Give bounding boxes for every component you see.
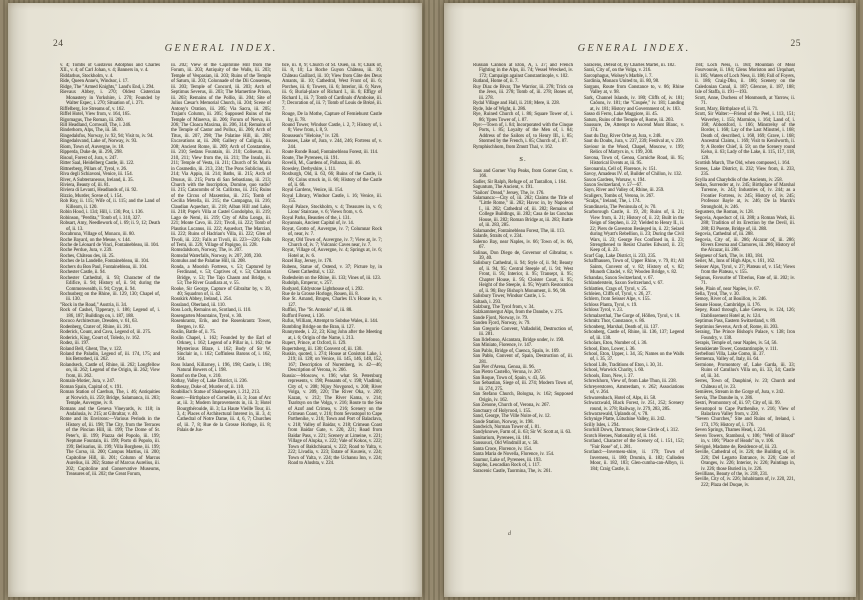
index-entry: Rome and its Environs:—Various Periods i… xyxy=(60,417,160,477)
index-entry: San Sebastian, Siege of, iii. 274; Moder… xyxy=(473,381,573,392)
index-entry: "Seven Churches," Site and Ruins of, Ire… xyxy=(695,417,795,428)
index-entry: Segovia, Aqueduct of, iii. 288; a Roman … xyxy=(695,216,795,232)
index-entry: Scottish March, The Old, when composed, … xyxy=(695,161,795,166)
index-entry: Roman Station of Caerhun, The, i. 46; An… xyxy=(60,390,160,406)
page-number: 25 xyxy=(791,39,802,49)
index-entry: Rooke, Sir George, Capture of Gibraltar … xyxy=(171,287,271,298)
index-entry: Seville, Cathedral of, iv. 226; the Buil… xyxy=(695,450,795,472)
index-entry: Royal Library, Windsor Castle, i. 16; Ve… xyxy=(282,194,382,205)
index-entry: Seville, City of, iv. 226; Inhabitants o… xyxy=(695,477,795,488)
right-page-header: GENERAL INDEX. 25 xyxy=(473,38,795,56)
right-page: GENERAL INDEX. 25 Russian Cannon at Eton… xyxy=(444,3,856,597)
index-entry: Royat, Village of, Auvergne, iv. 4; Spri… xyxy=(282,248,382,259)
page-number: 24 xyxy=(53,39,64,49)
index-entry: iii. 202; View of the Capitoline Hill fr… xyxy=(171,63,271,248)
index-column-5: Saracens, Defeat of, by Charles Martel, … xyxy=(584,63,684,584)
index-entry: tice, iii. 8, 9; Church of St. Ouen, iii… xyxy=(282,63,382,112)
book-scan: 24 GENERAL INDEX. v. 4; Tombs of Gustavu… xyxy=(0,0,863,600)
index-entry: Rievaux Abbey, i. 270; Oldest Cistercian… xyxy=(60,90,160,106)
index-entry: v. 4; Tombs of Gustavus Adolphus and Cha… xyxy=(60,63,160,74)
index-entry: Sedan, Surrender at, iv. 245; Birthplace… xyxy=(695,183,795,210)
index-entry: Saracenic Castle, Taormina, The, iv. 261… xyxy=(473,469,573,474)
index-entry: Robsart, Amy, Needlework of, i. 69; ii. … xyxy=(60,221,160,232)
index-column-2: iii. 202; View of the Capitoline Hill fr… xyxy=(171,63,271,584)
index-entry: Serres, Town of, Dauphiné, iv. 23; Churc… xyxy=(695,379,795,390)
index-entry: Saviour in the Wood, Chapel, Moscow, v. … xyxy=(584,145,684,156)
index-entry: Roxburgh, Old, ii. 63, 66; Ruins of the … xyxy=(282,172,382,188)
index-entry: Royal Palace, Stockholm, v. 4; Treasures… xyxy=(282,205,382,216)
index-entry: Segovia, City of, iii. 286; Alcazar of, … xyxy=(695,238,795,254)
index-entry: Russian Cannon at Eton, A, i. 37; and Fr… xyxy=(473,63,573,79)
index-entry: Ruy Diaz de Bivar, The Warrior, iii. 278… xyxy=(473,85,573,101)
index-entry: Roslin Chapel, i. 162; Founded by the Ea… xyxy=(171,336,271,363)
left-page-header: 24 GENERAL INDEX. xyxy=(60,38,382,56)
index-entry: Sevastopol to Cape Parthenike, v. 216; V… xyxy=(695,407,795,418)
index-entry: San Gregorio Convent, Valladolid, Destru… xyxy=(473,327,573,338)
left-page: 24 GENERAL INDEX. v. 4; Tombs of Gustavu… xyxy=(8,3,422,597)
index-entry: Rubens, Statue of, Ostend, v. 37; Pictur… xyxy=(282,265,382,276)
index-entry: San Stefano Church, Bologna, iv. 162; Su… xyxy=(473,392,573,403)
index-column-6: 184; Loch Ness, ii. 184; Mountain of Mea… xyxy=(695,63,795,584)
index-entry: Rydal Village and Hall, ii. 218; Mere, i… xyxy=(473,101,573,106)
index-entry: Rolandseck, Castle of, Rhine, iii. 262; … xyxy=(60,363,160,379)
index-entry: Rock of Cashel, Tipperary, i. 186; Legen… xyxy=(60,308,160,319)
index-entry: Rochusberg on the Rhine, iii. 129, 130; … xyxy=(60,292,160,303)
index-entry: Scott, Sir Walter:—Friend of the Peel, i… xyxy=(695,112,795,161)
index-entry: Scotland:—Inverness-shire, ii. 179; Town… xyxy=(584,450,684,472)
index-entry: Salisbury Cathedral, ii. 94; Style of, i… xyxy=(473,261,573,294)
index-entry: Rouge, De la Mothe, Capture of Ferniehur… xyxy=(282,112,382,123)
index-entry: Savona, Town of, Genoa, Corniche Road, i… xyxy=(584,156,684,167)
index-entry: Seraing, The Prince Bishop's Palace, v. … xyxy=(695,330,795,341)
index-entry: Schreckhorn, View of, from Lake Thun, ii… xyxy=(584,379,684,384)
section-heading: S. xyxy=(473,157,573,162)
index-entry: Roches de la Landelle, Fontainebleau, ii… xyxy=(60,259,160,264)
index-entry: Scott, Anne, Duchess of Monmouth, at Yar… xyxy=(695,96,795,107)
index-entry: Roubiliac's Statue of Shakespeare, i. 21… xyxy=(171,390,271,395)
index-entry: Rouen:—Birthplace of Corneille, iii. 3; … xyxy=(171,396,271,434)
index-entry: Saussure, De, Attempt to Ascend Mont Bla… xyxy=(584,123,684,134)
index-column-3: tice, iii. 8, 9; Church of St. Ouen, iii… xyxy=(282,63,382,584)
index-entry: Royat, Grotto of, Auvergne, iv. 7; Colum… xyxy=(282,227,382,238)
index-entry: Royat, Old Town of, Auvergne, iv. 7; Vie… xyxy=(282,238,382,249)
index-entry: Salerno Bay, near Naples, iv. 66; Town o… xyxy=(473,240,573,251)
index-entry: Sargans, Route from Constance to, v. 86;… xyxy=(584,85,684,96)
running-title: GENERAL INDEX. xyxy=(165,43,278,54)
index-entry: Sejanus, Favourite of Tiberius, Fate of,… xyxy=(695,276,795,287)
index-entry: Rymphischhorn, from Zmutt Thal, v. 162. xyxy=(473,145,573,150)
index-entry: Seven Towers, Stamboul, v. 106; "Well of… xyxy=(695,434,795,445)
right-page-columns: Russian Cannon at Eton, A, i. 37; and Fr… xyxy=(473,63,856,584)
index-entry: Sark, Channel Islands, iv. 180; Cliffs o… xyxy=(584,96,684,112)
index-entry: Screes, Lake District, ii. 232; View fro… xyxy=(695,167,795,178)
index-entry: Schonberg, Castle of, Rhine, iii. 136, 1… xyxy=(584,330,684,341)
index-entry: Rye, Ruined Church of, i. 86; Square Tow… xyxy=(473,112,573,123)
index-entry: Sermione, Promontory of, Lake Garda, iii… xyxy=(695,363,795,379)
index-entry: Sestri, Promontory of, iii. 97; City of,… xyxy=(695,401,795,406)
index-entry: Semières, Stream in the Gorge of, Jura, … xyxy=(695,390,795,395)
running-title: GENERAL INDEX. xyxy=(578,43,691,54)
index-entry: School, Eton, Upper, i. 34, 35; Names on… xyxy=(584,352,684,363)
index-entry: Rochester Cathedral, ii. 93; Character o… xyxy=(60,276,160,292)
index-entry: Schreyerstoren, Amsterdam, v. 262; Assoc… xyxy=(584,385,684,396)
index-entry: Salinas, Don Diego de, Governor of Gibra… xyxy=(473,251,573,262)
index-entry: Romans and the Geneva Vineyards, iv. 118… xyxy=(60,407,160,418)
index-entry: Russia:—Moscow, v. 196; what St. Petersb… xyxy=(282,374,382,467)
index-entry: Round Tower, Windsor Castle, i. 2, 7; Hi… xyxy=(282,123,382,134)
index-entry: San Pablo, Convent of, Spain, Destructio… xyxy=(473,354,573,365)
index-entry: Ruskin, quoted, i. 274; House at Conisto… xyxy=(282,352,382,374)
index-entry: Rosenkrantz, Erik, and the Rosenkrantz T… xyxy=(171,319,271,330)
index-entry: Schwarzwald, Black Forest, iv. 251, 252;… xyxy=(584,401,684,412)
index-entry: Rue St. Amand, Bruges, Charles II.'s Hou… xyxy=(282,297,382,308)
index-entry: Roland the Paladin, Legend of, iii. 174,… xyxy=(60,352,160,363)
index-entry: Route Ronde Road, Fontainebleau Forest, … xyxy=(282,150,382,155)
index-entry: Rufus, William, Attempt to Subdue Wales,… xyxy=(282,319,382,324)
index-entry: Rye:—Town of, i. 84; Incorporated with t… xyxy=(473,123,573,145)
index-entry: Scarborough Castle, ii. 19, 20; Ruins of… xyxy=(584,210,684,254)
index-entry: Sepey, Road through, Lake Geneva, iv. 12… xyxy=(695,308,795,319)
index-entry: Scotland, Character of the Scenery of, i… xyxy=(584,439,684,450)
index-entry: 184; Loch Ness, ii. 184; Mountain of Mea… xyxy=(695,63,795,96)
index-entry: Saas and Gorner Visp Peaks, from Gorner … xyxy=(473,169,573,180)
signature-mark: d xyxy=(508,531,511,537)
index-entry: Roderick, Count, and Cava, Legend of, ii… xyxy=(60,330,160,335)
index-entry: Ross Island, Killarney, i. 196, 198; Cas… xyxy=(171,363,271,374)
index-entry: Rousses, Lake of, Jura, v. 244, 246; For… xyxy=(282,139,382,150)
index-column-4: Russian Cannon at Eton, A, i. 37; and Fr… xyxy=(473,63,573,584)
index-entry: Runnymede, i. 22, 23; King John after th… xyxy=(282,330,382,341)
index-entry: Scorhill Down, Dartmoor, Stone Circle of… xyxy=(584,428,684,433)
index-entry: Savoy, Amadeus IV. of, Builder of Chillo… xyxy=(584,172,684,177)
index-entry: Rob Roy, ii. 115; Wife of, ii. 115; and … xyxy=(60,199,160,210)
index-entry: Saut du Doubs, Jura, v. 237, 239; Festiv… xyxy=(584,139,684,144)
index-entry: Seisser Alps, Tyrol, v. 27; Plateau of, … xyxy=(695,265,795,276)
index-column-1: v. 4; Tombs of Gustavus Adolphus and Cha… xyxy=(60,63,160,584)
index-entry: Ronda, a Moorish Fortress, v. 53; Captur… xyxy=(171,265,271,287)
index-entry: Schaffhausen, Town of, Upper Rhine, v. 7… xyxy=(584,259,684,275)
index-entry: Salamanca:—City of, iii. 282; Claims the… xyxy=(473,196,573,229)
left-page-columns: v. 4; Tombs of Gustavus Adolphus and Cha… xyxy=(60,63,422,584)
